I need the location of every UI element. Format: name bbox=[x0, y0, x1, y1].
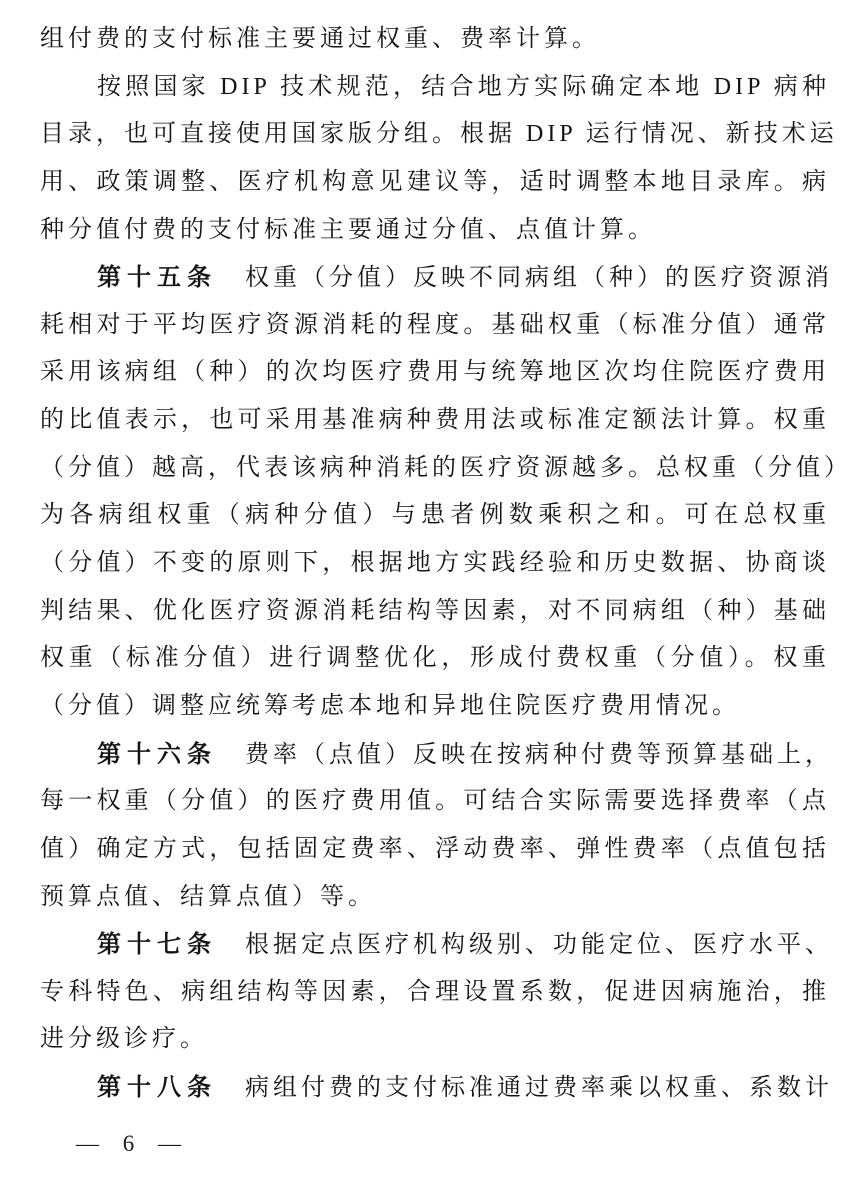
article-number: 第十六条 bbox=[97, 741, 217, 768]
line-text: 每一权重（分值）的医疗费用值。可结合实际需要选择费率（点 bbox=[40, 788, 830, 814]
text-block: 组付费的支付标准主要通过权重、费率计算。按照国家 DIP 技术规范，结合地方实际… bbox=[40, 16, 830, 1112]
text-line: 按照国家 DIP 技术规范，结合地方实际确定本地 DIP 病种 bbox=[40, 64, 830, 112]
page-footer: — 6 — bbox=[76, 1124, 183, 1164]
line-text: 种分值付费的支付标准主要通过分值、点值计算。 bbox=[40, 217, 656, 243]
text-line: （分值）不变的原则下，根据地方实践经验和历史数据、协商谈 bbox=[40, 540, 830, 588]
text-line: 用、政策调整、医疗机构意见建议等，适时调整本地目录库。病 bbox=[40, 159, 830, 207]
text-line: 进分级诊疗。 bbox=[40, 1016, 830, 1064]
article-number: 第十五条 bbox=[97, 264, 217, 291]
text-line: 第十六条费率（点值）反映在按病种付费等预算基础上， bbox=[40, 731, 830, 779]
line-text: 根据定点医疗机构级别、功能定位、医疗水平、 bbox=[245, 932, 833, 958]
line-text: 采用该病组（种）的次均医疗费用与统筹地区次均住院医疗费用 bbox=[40, 359, 830, 385]
line-text: 预算点值、结算点值）等。 bbox=[40, 884, 376, 910]
text-line: 第十五条权重（分值）反映不同病组（种）的医疗资源消 bbox=[40, 254, 830, 302]
text-line: 权重（标准分值）进行调整优化，形成付费权重（分值）。权重 bbox=[40, 635, 830, 683]
line-text: 耗相对于平均医疗资源消耗的程度。基础权重（标准分值）通常 bbox=[40, 312, 830, 338]
line-text: 值）确定方式，包括固定费率、浮动费率、弹性费率（点值包括 bbox=[40, 836, 830, 862]
line-text: 专科特色、病组结构等因素，合理设置系数，促进因病施治，推 bbox=[40, 979, 830, 1005]
line-text: 组付费的支付标准主要通过权重、费率计算。 bbox=[40, 26, 600, 52]
line-text: 按照国家 DIP 技术规范，结合地方实际确定本地 DIP 病种 bbox=[97, 74, 830, 100]
text-line: 第十八条病组付费的支付标准通过费率乘以权重、系数计 bbox=[40, 1064, 830, 1112]
line-text: 权重（分值）反映不同病组（种）的医疗资源消 bbox=[245, 265, 833, 291]
text-line: 专科特色、病组结构等因素，合理设置系数，促进因病施治，推 bbox=[40, 969, 830, 1017]
text-line: 耗相对于平均医疗资源消耗的程度。基础权重（标准分值）通常 bbox=[40, 302, 830, 350]
line-text: 目录，也可直接使用国家版分组。根据 DIP 运行情况、新技术运 bbox=[40, 121, 838, 147]
line-text: （分值）调整应统筹考虑本地和异地住院医疗费用情况。 bbox=[40, 693, 740, 719]
line-text: 权重（标准分值）进行调整优化，形成付费权重（分值）。权重 bbox=[40, 645, 830, 671]
line-text: 为各病组权重（病种分值）与患者例数乘积之和。可在总权重 bbox=[40, 502, 830, 528]
line-text: 用、政策调整、医疗机构意见建议等，适时调整本地目录库。病 bbox=[40, 169, 830, 195]
text-line: 组付费的支付标准主要通过权重、费率计算。 bbox=[40, 16, 830, 64]
text-line: 的比值表示，也可采用基准病种费用法或标准定额法计算。权重 bbox=[40, 397, 830, 445]
line-text: 的比值表示，也可采用基准病种费用法或标准定额法计算。权重 bbox=[40, 407, 830, 433]
line-text: 费率（点值）反映在按病种付费等预算基础上， bbox=[245, 742, 833, 768]
line-text: （分值）越高，代表该病种消耗的医疗资源越多。总权重（分值） bbox=[40, 455, 852, 481]
text-line: 种分值付费的支付标准主要通过分值、点值计算。 bbox=[40, 207, 830, 255]
text-line: 第十七条根据定点医疗机构级别、功能定位、医疗水平、 bbox=[40, 921, 830, 969]
line-text: 进分级诊疗。 bbox=[40, 1026, 208, 1052]
article-number: 第十七条 bbox=[97, 931, 217, 958]
text-line: 判结果、优化医疗资源消耗结构等因素，对不同病组（种）基础 bbox=[40, 588, 830, 636]
text-line: （分值）越高，代表该病种消耗的医疗资源越多。总权重（分值） bbox=[40, 445, 830, 493]
text-line: 值）确定方式，包括固定费率、浮动费率、弹性费率（点值包括 bbox=[40, 826, 830, 874]
text-line: 为各病组权重（病种分值）与患者例数乘积之和。可在总权重 bbox=[40, 492, 830, 540]
text-line: （分值）调整应统筹考虑本地和异地住院医疗费用情况。 bbox=[40, 683, 830, 731]
article-number: 第十八条 bbox=[97, 1074, 217, 1101]
page-number: — 6 — bbox=[76, 1131, 183, 1156]
text-line: 目录，也可直接使用国家版分组。根据 DIP 运行情况、新技术运 bbox=[40, 111, 830, 159]
document-page: 组付费的支付标准主要通过权重、费率计算。按照国家 DIP 技术规范，结合地方实际… bbox=[0, 0, 864, 1200]
text-line: 预算点值、结算点值）等。 bbox=[40, 874, 830, 922]
line-text: 病组付费的支付标准通过费率乘以权重、系数计 bbox=[245, 1075, 833, 1101]
line-text: 判结果、优化医疗资源消耗结构等因素，对不同病组（种）基础 bbox=[40, 598, 830, 624]
line-text: （分值）不变的原则下，根据地方实践经验和历史数据、协商谈 bbox=[40, 550, 830, 576]
text-line: 每一权重（分值）的医疗费用值。可结合实际需要选择费率（点 bbox=[40, 778, 830, 826]
text-line: 采用该病组（种）的次均医疗费用与统筹地区次均住院医疗费用 bbox=[40, 349, 830, 397]
